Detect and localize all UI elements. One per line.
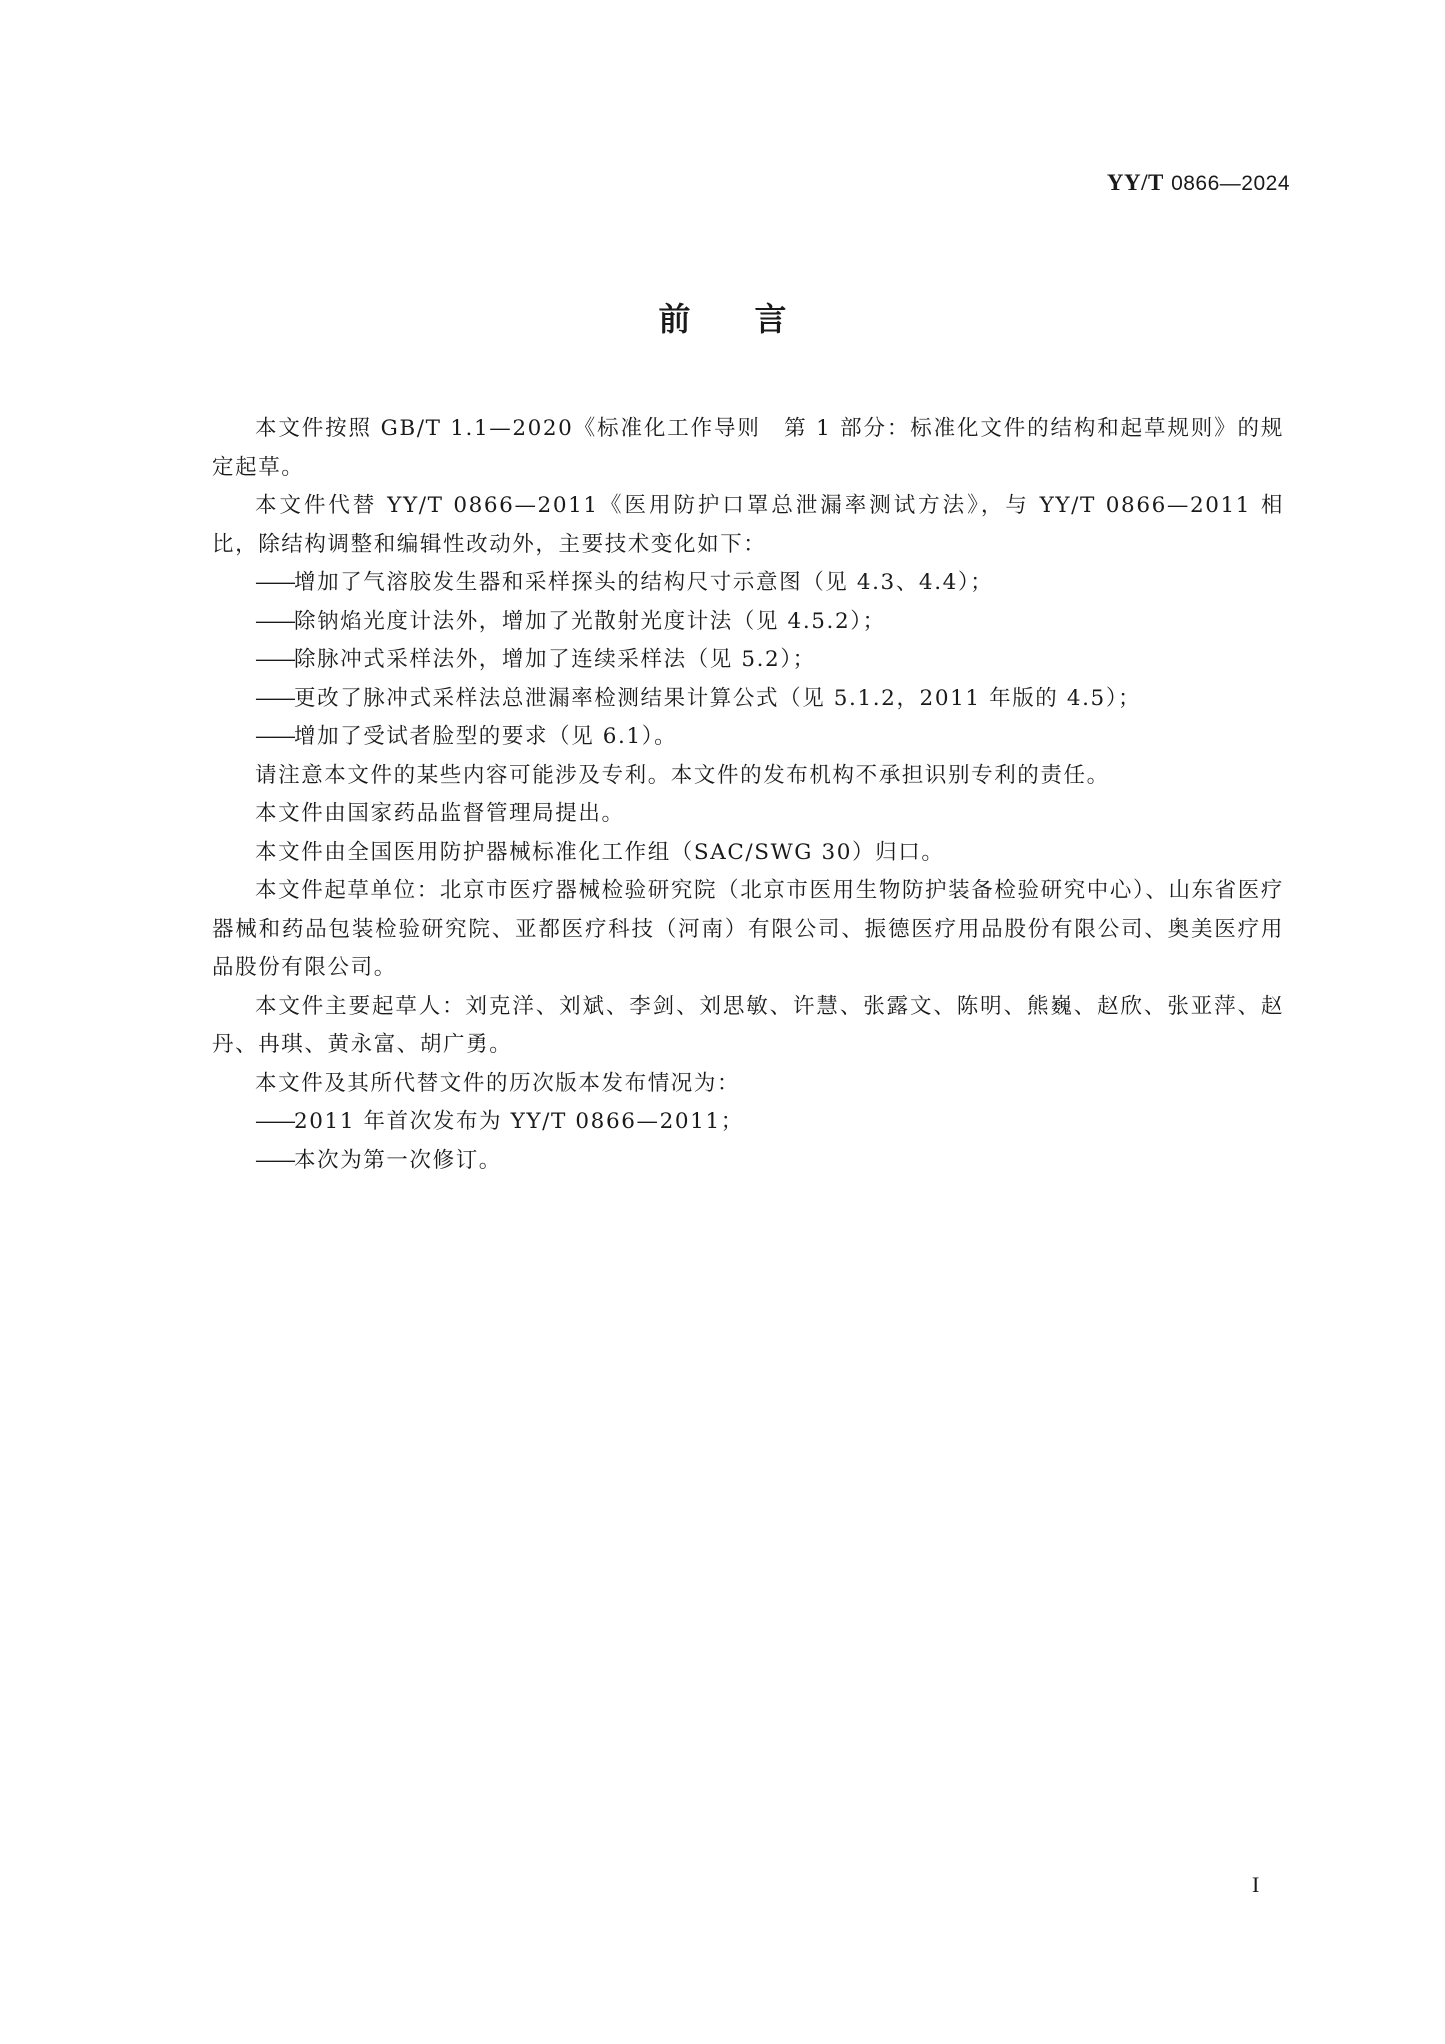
dash-marker: ——	[255, 1109, 294, 1134]
change-item: ——增加了气溶胶发生器和采样探头的结构尺寸示意图（见 4.3、4.4）；	[212, 564, 1284, 603]
paragraph-drafting-rules: 本文件按照 GB/T 1.1—2020《标准化工作导则 第 1 部分：标准化文件…	[212, 410, 1284, 487]
dash-marker: ——	[255, 570, 294, 595]
dash-marker: ——	[255, 647, 294, 672]
change-item: ——除钠焰光度计法外，增加了光散射光度计法（见 4.5.2）；	[212, 603, 1284, 642]
paragraph-proposer: 本文件由国家药品监督管理局提出。	[212, 795, 1284, 834]
paragraph-drafters: 本文件主要起草人：刘克洋、刘斌、李剑、刘思敏、许慧、张露文、陈明、熊巍、赵欣、张…	[212, 988, 1284, 1065]
standard-number: 0866—2024	[1171, 172, 1290, 195]
paragraph-administrator: 本文件由全国医用防护器械标准化工作组（SAC/SWG 30）归口。	[212, 834, 1284, 873]
change-item-text: 除脉冲式采样法外，增加了连续采样法（见 5.2）；	[294, 647, 816, 672]
dash-marker: ——	[255, 686, 294, 711]
history-item: ——本次为第一次修订。	[212, 1142, 1284, 1181]
standard-prefix: YY/T	[1107, 170, 1164, 195]
history-item-text: 2011 年首次发布为 YY/T 0866—2011；	[294, 1109, 744, 1134]
document-page: YY/T 0866—2024 前言 本文件按照 GB/T 1.1—2020《标准…	[0, 0, 1445, 2044]
change-item-text: 增加了受试者脸型的要求（见 6.1）。	[294, 724, 677, 749]
change-item: ——除脉冲式采样法外，增加了连续采样法（见 5.2）；	[212, 641, 1284, 680]
change-item: ——更改了脉冲式采样法总泄漏率检测结果计算公式（见 5.1.2，2011 年版的…	[212, 680, 1284, 719]
change-item-text: 增加了气溶胶发生器和采样探头的结构尺寸示意图（见 4.3、4.4）；	[294, 570, 993, 595]
paragraph-drafting-units: 本文件起草单位：北京市医疗器械检验研究院（北京市医用生物防护装备检验研究中心）、…	[212, 872, 1284, 988]
dash-marker: ——	[255, 724, 294, 749]
change-item-text: 更改了脉冲式采样法总泄漏率检测结果计算公式（见 5.1.2，2011 年版的 4…	[294, 686, 1141, 711]
paragraph-patent-notice: 请注意本文件的某些内容可能涉及专利。本文件的发布机构不承担识别专利的责任。	[212, 757, 1284, 796]
change-item-text: 除钠焰光度计法外，增加了光散射光度计法（见 4.5.2）；	[294, 609, 886, 634]
foreword-body: 本文件按照 GB/T 1.1—2020《标准化工作导则 第 1 部分：标准化文件…	[212, 410, 1284, 1180]
paragraph-replacement: 本文件代替 YY/T 0866—2011《医用防护口罩总泄漏率测试方法》，与 Y…	[212, 487, 1284, 564]
paragraph-version-history: 本文件及其所代替文件的历次版本发布情况为：	[212, 1065, 1284, 1104]
page-title: 前言	[0, 294, 1445, 340]
dash-marker: ——	[255, 609, 294, 634]
change-item: ——增加了受试者脸型的要求（见 6.1）。	[212, 718, 1284, 757]
history-item-text: 本次为第一次修订。	[294, 1148, 502, 1173]
dash-marker: ——	[255, 1148, 294, 1173]
standard-code-header: YY/T 0866—2024	[1107, 170, 1290, 196]
page-number: I	[1252, 1872, 1259, 1898]
history-item: ——2011 年首次发布为 YY/T 0866—2011；	[212, 1103, 1284, 1142]
